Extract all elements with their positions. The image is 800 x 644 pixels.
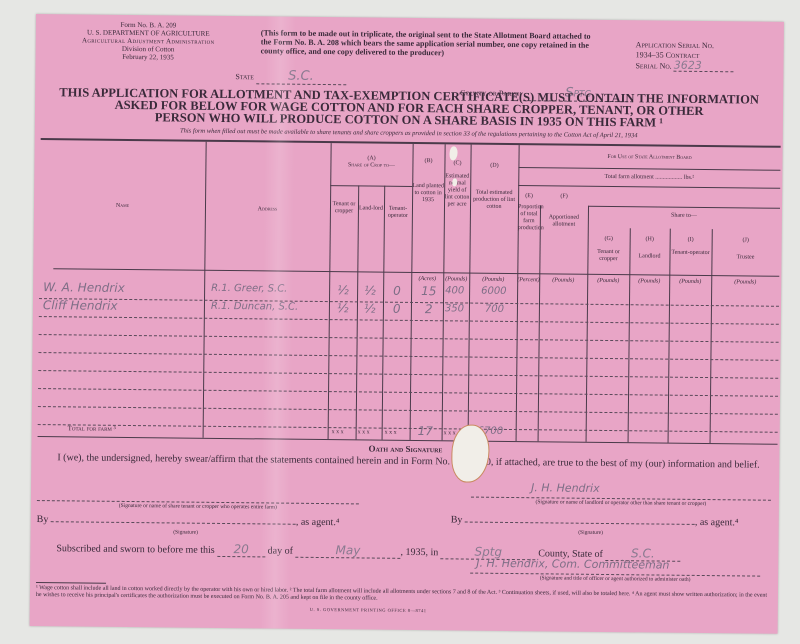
col-header-g: (G)Tenant or cropper (587, 236, 629, 263)
footnote-3: ³ Continuation sheets, if used, will als… (499, 590, 631, 597)
row-yield: 400 (445, 285, 464, 296)
row-operator-share: 0 (393, 302, 401, 316)
contract-serial-field[interactable]: 3623 (674, 61, 734, 73)
landlord-signature-line[interactable]: J. H. Hendrix (471, 483, 771, 501)
total-farm-allotment: Total farm allotment .................. … (518, 173, 780, 183)
footnote-divider (36, 582, 106, 584)
share-to-header: Share to— (588, 212, 780, 221)
board-header: For Use of State Allotment Board (518, 153, 780, 163)
unit-pounds-d: (Pounds) (469, 277, 517, 285)
row-landlord-share: ½ (364, 301, 376, 315)
row-tenant-share: ½ (337, 301, 349, 315)
paper-hole-large (451, 424, 490, 482)
row-address: R.1. Greer, S.C. (211, 283, 287, 295)
agent-row-right: By , as agent.⁴ (451, 514, 739, 528)
serial-numbers: Application Serial No. 1934–35 Contract … (635, 40, 775, 72)
as-agent-label: , as agent.⁴ (695, 517, 739, 528)
row-acres: 2 (425, 302, 433, 316)
sworn-prefix: Subscribed and sworn to before me this (56, 543, 214, 556)
col-header-tenant-operator: Tenant-operator (384, 206, 412, 220)
total-label: Total for farm ³ (68, 424, 116, 433)
form-title: THIS APPLICATION FOR ALLOTMENT AND TAX-E… (35, 86, 783, 130)
form-header-left: Form No. B. A. 209 U. S. DEPARTMENT OF A… (36, 20, 261, 62)
agent-signature-field-left[interactable] (51, 521, 296, 525)
landlord-signature: J. H. Hendrix (531, 481, 600, 495)
col-header-f: (F)Apportioned allotment (540, 193, 588, 229)
col-header-i: (I)Tenant-operator (669, 237, 711, 257)
col-header-landlord: Land-lord (358, 205, 384, 212)
row-tenant-share: ½ (337, 283, 349, 297)
row-name: W. A. Hendrix (43, 280, 125, 295)
row-acres: 15 (421, 284, 436, 298)
unit-pounds-h: (Pounds) (629, 278, 669, 285)
unit-pounds-c: (Pounds) (443, 276, 469, 283)
by-label: By (37, 514, 49, 525)
row-address: R.1. Duncan, S.C. (211, 301, 298, 313)
state-row: State S.C. (235, 68, 346, 85)
row-operator-share: 0 (393, 284, 401, 298)
total-acres: 17 (418, 424, 433, 438)
total-xxx-3: x x x (385, 430, 397, 436)
unit-pounds-i: (Pounds) (669, 279, 711, 286)
col-header-a: (A)Share of Crop to— (330, 155, 412, 170)
state-field[interactable]: S.C. (256, 68, 346, 85)
printer-imprint: U. S. GOVERNMENT PRINTING OFFICE 8—8741 (310, 607, 427, 613)
unit-acres: (Acres) (411, 276, 443, 283)
unit-pounds-f: (Pounds) (539, 277, 587, 285)
row-name: Cliff Hendrix (43, 298, 118, 313)
agent-signature-caption-left: (Signature) (61, 528, 311, 537)
unit-pounds-j: (Pounds) (711, 279, 779, 287)
unit-pounds-g: (Pounds) (587, 278, 629, 285)
total-xxx-4: x x x (444, 430, 456, 436)
row-production: 6000 (481, 286, 507, 297)
footnotes: ¹ Wage cotton shall include all land in … (36, 585, 772, 607)
total-xxx-2: x x x (358, 429, 370, 435)
form-date: February 22, 1935 (36, 52, 261, 62)
year-in-label: , 1935, in (400, 547, 438, 558)
sworn-day-field[interactable]: 20 (217, 542, 265, 558)
contract-serial-label: Serial No. (635, 61, 671, 70)
application-form-sheet: Form No. B. A. 209 U. S. DEPARTMENT OF A… (30, 14, 784, 634)
col-header-b: (B)Land planted to cotton in 1935 (412, 158, 444, 204)
agent-signature-caption-right: (Signature) (471, 529, 711, 538)
row-production: 700 (485, 304, 504, 315)
agent-row-left: By , as agent.⁴ (37, 514, 340, 528)
triplicate-instructions: (This form to be made out in triplicate,… (261, 28, 591, 58)
col-header-h: (H)Landlord (629, 236, 669, 260)
officer-signature: J. H. Hendrix, Com. Committeeman (476, 557, 669, 572)
by-label: By (451, 514, 463, 525)
col-header-c: (C)Estimated normal yield of lint cotton… (444, 160, 471, 208)
allotment-table: Name Address (A)Share of Crop to— Tenant… (38, 138, 781, 444)
state-label: State (235, 72, 254, 81)
col-header-name: Name (40, 202, 205, 211)
col-header-tenant: Tenant or cropper (330, 201, 358, 215)
agent-signature-field-right[interactable] (465, 522, 695, 525)
col-header-j: (J)Trustee (711, 237, 779, 262)
row-yield: 350 (445, 303, 464, 314)
col-header-e: (E)Proportion of total farm production (518, 193, 540, 232)
col-header-address: Address (205, 206, 330, 214)
total-xxx-1: x x x (332, 429, 344, 435)
officer-signature-line[interactable]: J. H. Hendrix, Com. Committeeman (470, 559, 760, 577)
sworn-month-field[interactable]: May (295, 543, 400, 559)
as-agent-label: , as agent.⁴ (296, 517, 340, 528)
col-header-d: (D)Total estimated production of lint co… (470, 163, 519, 212)
row-landlord-share: ½ (364, 283, 376, 297)
day-of-label: day of (268, 545, 293, 556)
unit-percent: (Percent) (517, 277, 539, 284)
